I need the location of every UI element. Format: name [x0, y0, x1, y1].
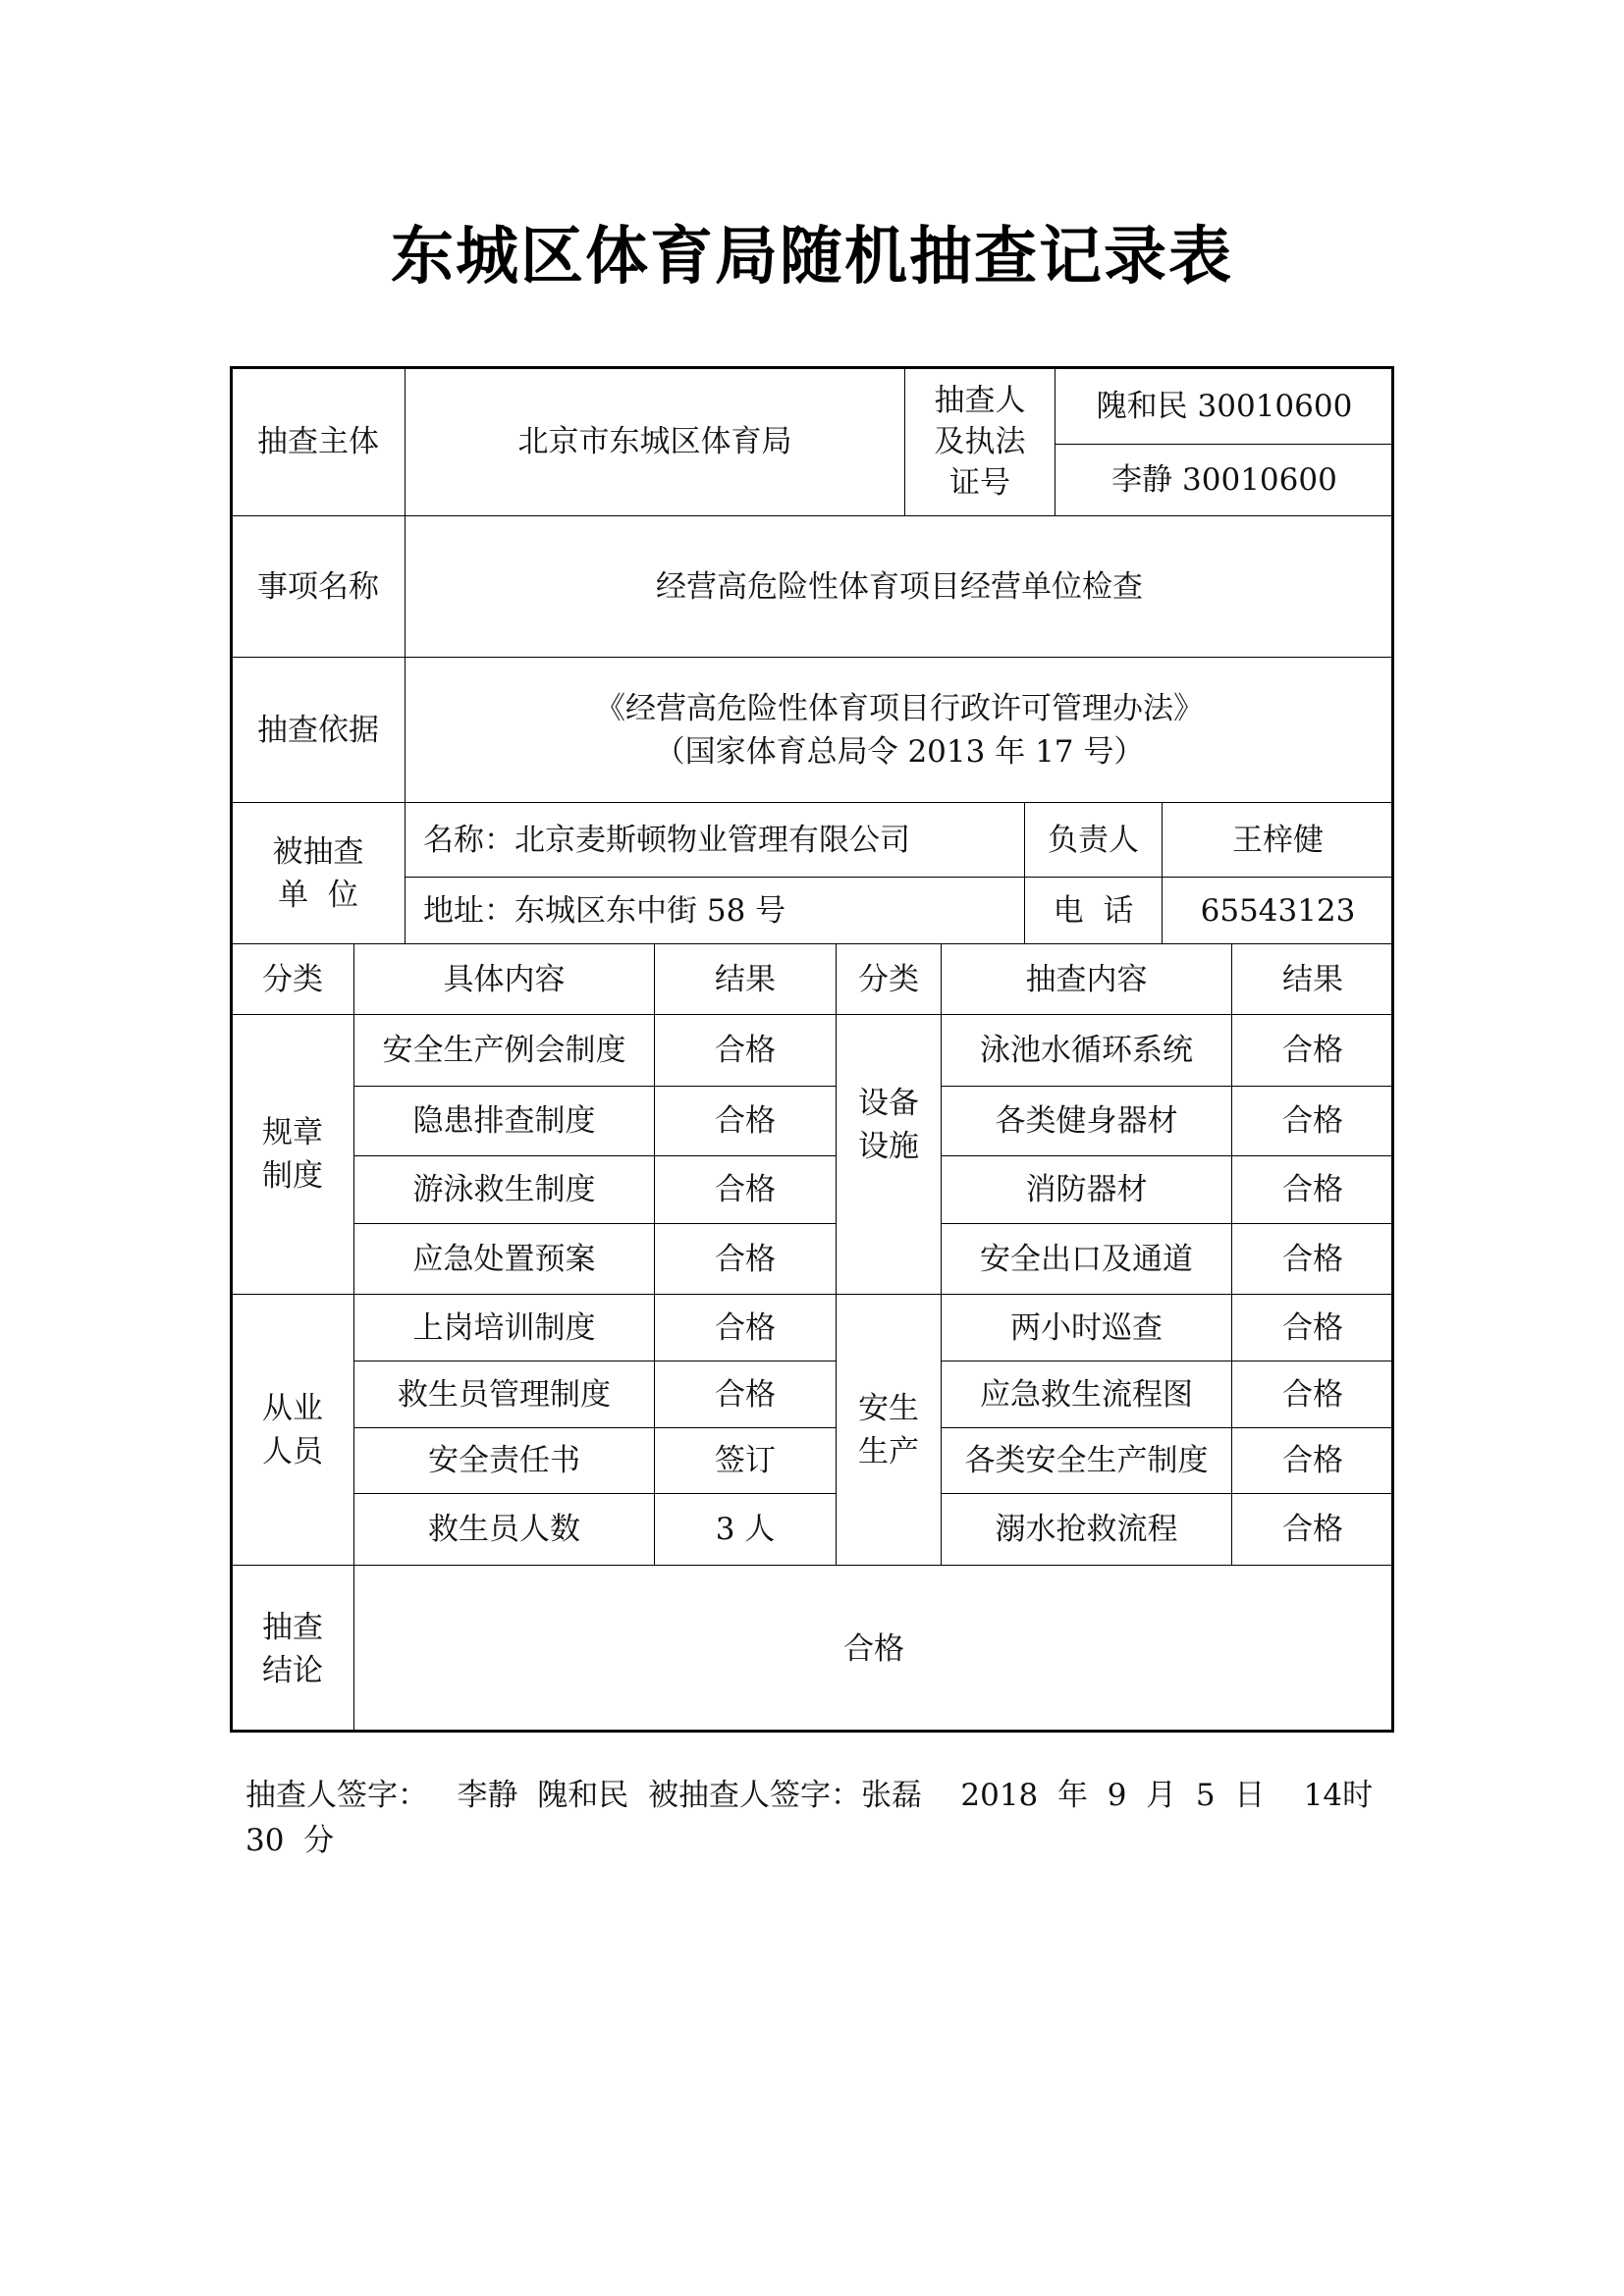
check-result: 3 人: [654, 1493, 837, 1566]
category-equipment: 设备 设施: [836, 1014, 942, 1295]
responsible-person-label: 负责人: [1024, 802, 1163, 878]
signature-line-1: 抽查人签字： 李静 隗和民 被抽查人签字：张磊 2018 年 9 月 5 日 1…: [245, 1778, 1373, 1813]
category-safety-production: 安生 生产: [836, 1294, 942, 1566]
phone-value: 65543123: [1162, 877, 1394, 944]
check-item: 上岗培训制度: [353, 1294, 655, 1362]
check-result: 合格: [1231, 1223, 1394, 1295]
check-result: 合格: [1231, 1361, 1394, 1428]
check-result: 合格: [654, 1294, 837, 1362]
item-name-value: 经营高危险性体育项目经营单位检查: [405, 515, 1394, 658]
header-content-right: 抽查内容: [941, 943, 1232, 1015]
check-item: 安全出口及通道: [941, 1223, 1232, 1295]
check-result: 合格: [654, 1155, 837, 1224]
inspection-subject-label: 抽查主体: [231, 367, 406, 516]
check-result: 合格: [1231, 1493, 1394, 1566]
inspector-entry: 隗和民 30010600: [1055, 367, 1394, 445]
inspectors-label: 抽查人 及执法 证号: [904, 367, 1056, 516]
check-result: 合格: [654, 1014, 837, 1087]
check-item: 安全生产例会制度: [353, 1014, 655, 1087]
inspected-unit-name: 名称：北京麦斯顿物业管理有限公司: [405, 802, 1025, 878]
check-result: 合格: [1231, 1155, 1394, 1224]
check-item: 安全责任书: [353, 1427, 655, 1494]
check-item: 游泳救生制度: [353, 1155, 655, 1224]
check-result: 合格: [654, 1361, 837, 1428]
check-result: 合格: [1231, 1014, 1394, 1087]
check-result: 合格: [1231, 1294, 1394, 1362]
inspection-subject-value: 北京市东城区体育局: [405, 367, 905, 516]
basis-label: 抽查依据: [231, 657, 406, 803]
inspected-unit-label: 被抽查 单 位: [231, 802, 406, 944]
phone-label: 电 话: [1024, 877, 1163, 944]
check-result: 合格: [1231, 1427, 1394, 1494]
responsible-person-value: 王梓健: [1162, 802, 1394, 878]
check-item: 各类安全生产制度: [941, 1427, 1232, 1494]
check-item: 消防器材: [941, 1155, 1232, 1224]
inspected-unit-address: 地址：东城区东中街 58 号: [405, 877, 1025, 944]
check-item: 泳池水循环系统: [941, 1014, 1232, 1087]
inspector-entry: 李静 30010600: [1055, 444, 1394, 516]
check-item: 救生员人数: [353, 1493, 655, 1566]
check-result: 合格: [654, 1223, 837, 1295]
check-item: 溺水抢救流程: [941, 1493, 1232, 1566]
category-regulations: 规章 制度: [231, 1014, 354, 1295]
check-item: 两小时巡查: [941, 1294, 1232, 1362]
category-staff: 从业 人员: [231, 1294, 354, 1566]
document-title: 东城区体育局随机抽查记录表: [0, 218, 1624, 296]
header-category-left: 分类: [231, 943, 354, 1015]
check-item: 应急救生流程图: [941, 1361, 1232, 1428]
check-item: 应急处置预案: [353, 1223, 655, 1295]
header-category-right: 分类: [836, 943, 942, 1015]
check-item: 救生员管理制度: [353, 1361, 655, 1428]
header-result-right: 结果: [1231, 943, 1394, 1015]
check-item: 隐患排查制度: [353, 1086, 655, 1156]
conclusion-value: 合格: [353, 1565, 1394, 1733]
conclusion-label: 抽查 结论: [231, 1565, 354, 1733]
item-name-label: 事项名称: [231, 515, 406, 658]
header-result-left: 结果: [654, 943, 837, 1015]
signature-line-2: 30 分: [245, 1823, 334, 1858]
check-result: 签订: [654, 1427, 837, 1494]
check-result: 合格: [1231, 1086, 1394, 1156]
check-item: 各类健身器材: [941, 1086, 1232, 1156]
check-result: 合格: [654, 1086, 837, 1156]
basis-value: 《经营高危险性体育项目行政许可管理办法》 （国家体育总局令 2013 年 17 …: [405, 657, 1394, 803]
signature-line: 抽查人签字： 李静 隗和民 被抽查人签字：张磊 2018 年 9 月 5 日 1…: [245, 1773, 1394, 1863]
header-content-left: 具体内容: [353, 943, 655, 1015]
